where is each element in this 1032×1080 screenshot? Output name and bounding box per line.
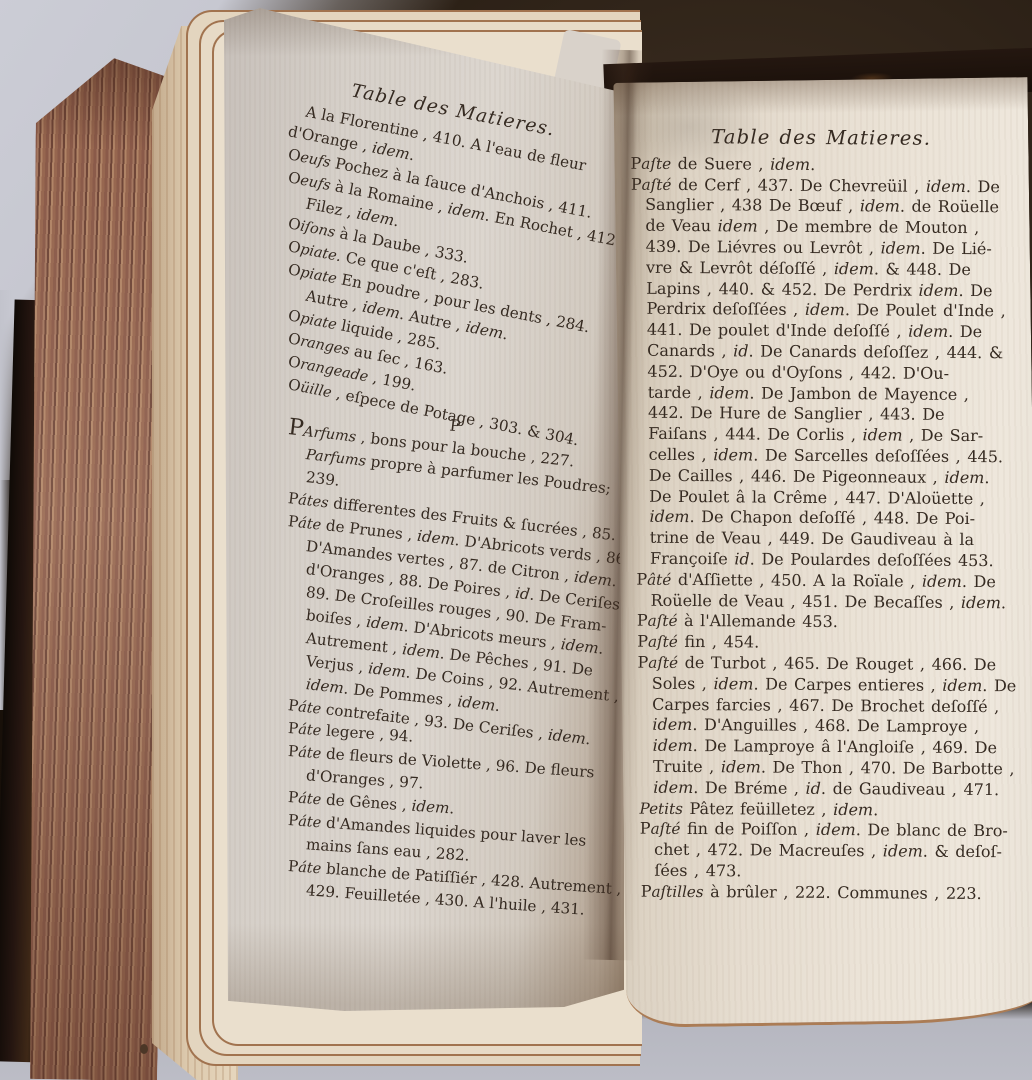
index-line: vre & Levrôt déſoſſé , idem. & 448. De [632, 257, 1014, 280]
entry-text: Faiſans , 444. De Corlis , idem , De Sar… [648, 424, 983, 445]
entry-text: de Veau idem , De membre de Mouton , [645, 216, 979, 237]
index-line: ſées , 473. [640, 861, 1022, 884]
entry-lead: áte [297, 515, 322, 533]
entry-text: De Poulet â la Crême , 447. D'Aloüette , [649, 486, 985, 507]
entry-text: legere , 94. [321, 721, 414, 745]
entry-lead: áte [298, 814, 322, 832]
index-line: Paſté fin de Poiſſon , idem. De blanc de… [640, 819, 1022, 842]
entry-text: chet , 472. De Macreuſes , idem. & deſoſ… [654, 840, 1002, 861]
entry-text: Lapins , 440. & 452. De Perdrix idem. De [646, 278, 992, 299]
entry-text: ſées , 473. [654, 861, 741, 881]
entry-text: 239. [305, 468, 341, 490]
entry-lead: Petits [639, 799, 683, 817]
entry-lead: aſté [648, 612, 678, 630]
index-line: 442. De Hure de Sanglier , 443. De [634, 403, 1016, 426]
left-page: Table des Matieres. A la Florentine , 41… [224, 6, 624, 1014]
index-line: idem. De Bréme , id. de Gaudiveau , 471. [639, 777, 1021, 800]
entry-text: idem. De Chapon deſoſſé , 448. De Poi- [649, 507, 975, 528]
entry-lead: Arfums [302, 424, 357, 446]
entry-text: Carpes farcies , 467. De Brochet deſoſſé… [652, 694, 999, 715]
index-line: de Veau idem , De membre de Mouton , [631, 216, 1013, 239]
entry-text: trine de Veau , 449. De Gaudiveau à la [650, 528, 974, 549]
index-line: Françoiſe id. De Poulardes deſoſſées 453… [636, 549, 1018, 572]
index-line: Paſtilles à brûler , 222. Communes , 223… [641, 881, 1023, 904]
entry-text: à brûler , 222. Communes , 223. [704, 882, 982, 903]
entry-text: de Suere , idem. [671, 154, 815, 174]
book-photo-scene: Table des Matieres. A la Florentine , 41… [0, 0, 1032, 1080]
entry-text: idem. De Bréme , id. de Gaudiveau , 471. [653, 777, 999, 798]
entry-lead: aſté [648, 633, 678, 651]
right-page-header: Table des Matieres. [630, 127, 1012, 149]
entry-text: idem. D'Anguilles , 468. De Lamproye , [652, 715, 979, 736]
dust-speck [140, 1044, 148, 1054]
lead-capital: P [641, 881, 652, 900]
entry-text: Canards , id. De Canards deſoſſez , 444.… [647, 341, 1003, 362]
entry-text: 442. De Hure de Sanglier , 443. De [648, 403, 945, 424]
index-line: Paſte de Suere , idem. [630, 154, 1012, 177]
entry-lead: áte [298, 722, 322, 740]
entry-text: P [449, 415, 462, 435]
left-page-lines-bottom: Páte legere , 94.Páte de fleurs de Viole… [288, 717, 624, 901]
index-line: Paſté fin , 454. [637, 632, 1019, 655]
entry-text: Sanglier , 438 De Bœuf , idem. de Roüell… [645, 195, 999, 216]
entry-text: fin de Poiſſon , idem. De blanc de Bro- [680, 819, 1008, 840]
index-line: trine de Veau , 449. De Gaudiveau à la [636, 528, 1018, 551]
index-line: Truite , idem. De Thon , 470. De Barbott… [639, 757, 1021, 780]
entry-text: fin , 454. [678, 632, 760, 652]
entry-text: de Cerf , 437. De Chevreüil , idem. De [671, 175, 1000, 196]
index-line: Paſté de Turbot , 465. De Rouget , 466. … [637, 653, 1019, 676]
index-line: Soles , idem. De Carpes entieres , idem.… [638, 673, 1020, 696]
entry-lead: âté [647, 570, 671, 588]
entry-text: 439. De Liévres ou Levrôt , idem. De Lié… [646, 237, 992, 258]
index-line: De Cailles , 446. De Pigeonneaux , idem. [635, 465, 1017, 488]
entry-text: Pâtez feüilletez , idem. [683, 798, 878, 818]
entry-text: de Turbot , 465. De Rouget , 466. De [678, 653, 996, 674]
index-line: 452. D'Oye ou d'Oyſons , 442. D'Ou- [633, 361, 1015, 384]
entry-lead: áte [297, 699, 322, 717]
left-page-lines-middle: PPArfums , bons pour la bouche , 227.Par… [288, 396, 624, 717]
index-line: Faiſans , 444. De Corlis , idem , De Sar… [634, 424, 1016, 447]
entry-lead: aſté [648, 654, 678, 672]
entry-text: Soles , idem. De Carpes entieres , idem.… [652, 673, 1017, 695]
left-page-text: Table des Matieres. A la Florentine , 41… [288, 68, 624, 901]
index-line: Sanglier , 438 De Bœuf , idem. de Roüell… [631, 195, 1013, 218]
page-block-fore-edge [19, 57, 175, 1080]
index-line: idem. De Chapon deſoſſé , 448. De Poi- [635, 507, 1017, 530]
index-line: idem. De Lamproye â l'Angloiſe , 469. De [639, 736, 1021, 759]
entry-text: d'Aſſiette , 450. A la Roïale , idem. De [671, 570, 996, 591]
entry-lead: áte [298, 791, 322, 809]
right-page-text: Table des Matieres. Paſte de Suere , ide… [630, 121, 1023, 902]
entry-lead: áte [298, 745, 322, 763]
index-line: 439. De Liévres ou Levrôt , idem. De Lié… [632, 237, 1014, 260]
entry-text: Truite , idem. De Thon , 470. De Barbott… [653, 757, 1015, 779]
right-page-lines: Paſte de Suere , idem.Paſté de Cerf , 43… [630, 148, 1022, 902]
entry-lead: áte [298, 860, 322, 878]
entry-lead: átes [297, 492, 329, 511]
index-line: 441. De poulet d'Inde deſoſſé , idem. De [633, 320, 1015, 343]
entry-text: celles , idem. De Sarcelles deſoſſées , … [649, 445, 1004, 466]
entry-lead: aſtilles [651, 882, 703, 900]
entry-text: Perdrix deſoſſées , idem. De Poulet d'In… [647, 299, 1006, 321]
entry-lead: aſté [651, 820, 681, 838]
entry-text: De Cailles , 446. De Pigeonneaux , idem. [649, 466, 990, 487]
index-line: Perdrix deſoſſées , idem. De Poulet d'In… [633, 299, 1015, 322]
entry-text: tarde , idem. De Jambon de Mayence , [648, 382, 969, 403]
index-line: idem. D'Anguilles , 468. De Lamproye , [638, 715, 1020, 738]
entry-text: idem. De Lamproye â l'Angloiſe , 469. De [653, 736, 997, 757]
index-line: celles , idem. De Sarcelles deſoſſées , … [635, 445, 1017, 468]
index-line: Pâté d'Aſſiette , 450. A la Roïale , ide… [636, 569, 1018, 592]
index-line: Paſté à l'Allemande 453. [637, 611, 1019, 634]
index-line: chet , 472. De Macreuſes , idem. & deſoſ… [640, 840, 1022, 863]
entry-text: à l'Allemande 453. [677, 611, 838, 631]
entry-text: vre & Levrôt déſoſſé , idem. & 448. De [646, 258, 971, 279]
index-line: Canards , id. De Canards deſoſſez , 444.… [633, 341, 1015, 364]
entry-text: Françoiſe id. De Poulardes deſoſſées 453… [650, 549, 994, 570]
lead-capital: P [640, 819, 651, 838]
entry-text: 452. D'Oye ou d'Oyſons , 442. D'Ou- [647, 362, 949, 383]
right-page: Table des Matieres. Paſte de Suere , ide… [613, 77, 1032, 1028]
entry-text: Roüelle de Veau , 451. De Becaſſes , ide… [651, 590, 1007, 611]
entry-text: 441. De poulet d'Inde deſoſſé , idem. De [647, 320, 982, 341]
